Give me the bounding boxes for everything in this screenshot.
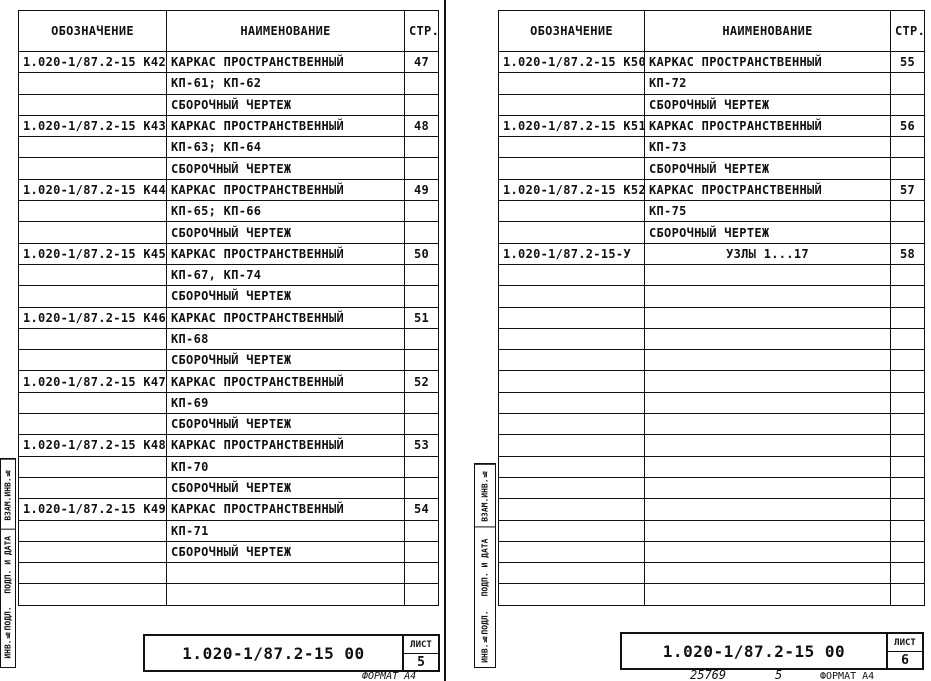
designation-cell: 1.020-1/87.2-15 К52 [499,179,645,200]
table-row [499,307,925,328]
table-row: СБОРОЧНЫЙ ЧЕРТЕЖ [19,477,439,498]
page-cell [891,137,925,158]
page-cell: 53 [405,435,439,456]
right-sheet: ОБОЗНАЧЕНИЕ НАИМЕНОВАНИЕ СТР. 1.020-1/87… [470,0,931,681]
page-cell [891,94,925,115]
table-row: КП-69 [19,392,439,413]
designation-cell [499,94,645,115]
name-cell: КАРКАС ПРОСТРАНСТВЕННЫЙ [167,243,405,264]
table-row: СБОРОЧНЫЙ ЧЕРТЕЖ [19,541,439,562]
name-cell: СБОРОЧНЫЙ ЧЕРТЕЖ [167,94,405,115]
stamp-field: ИНВ.№ПОДЛ. [475,607,495,667]
name-cell: КП-61; КП-62 [167,73,405,94]
format-text: ФОРМАТ А4 [362,671,416,681]
name-cell: КАРКАС ПРОСТРАНСТВЕННЫЙ [167,307,405,328]
page-cell [405,350,439,371]
designation-cell: 1.020-1/87.2-15 К48 [19,435,167,456]
name-cell [645,264,891,285]
table-row [19,584,439,605]
page-cell [405,477,439,498]
table-header: ОБОЗНАЧЕНИЕ НАИМЕНОВАНИЕ СТР. [499,11,925,52]
designation-cell [499,264,645,285]
designation-cell: 1.020-1/87.2-15 К47 [19,371,167,392]
name-cell [645,414,891,435]
designation-cell [19,456,167,477]
name-cell: КП-72 [645,73,891,94]
document-code: 1.020-1/87.2-15 00 [622,634,886,668]
designation-cell [19,392,167,413]
name-cell [645,435,891,456]
name-cell [645,307,891,328]
document-code: 1.020-1/87.2-15 00 [145,636,402,670]
page-cell [405,563,439,584]
archive-sheet: 5 [775,668,782,681]
name-cell [645,584,891,605]
header-name: НАИМЕНОВАНИЕ [167,11,405,52]
table-row: СБОРОЧНЫЙ ЧЕРТЕЖ [19,414,439,435]
sheet-label: ЛИСТ [888,634,922,652]
table-row [499,264,925,285]
stamp-field: ПОДП. И ДАТА [1,529,15,599]
table-row: 1.020-1/87.2-15 К50КАРКАС ПРОСТРАНСТВЕНН… [499,52,925,73]
designation-cell [19,222,167,243]
table-row [499,414,925,435]
table-row [499,563,925,584]
designation-cell [499,520,645,541]
designation-cell: 1.020-1/87.2-15-У [499,243,645,264]
table-row: КП-72 [499,73,925,94]
page-cell: 47 [405,52,439,73]
title-block: 1.020-1/87.2-15 00 ЛИСТ 6 [620,632,924,670]
table-row: 1.020-1/87.2-15 К44КАРКАС ПРОСТРАНСТВЕНН… [19,179,439,200]
page-cell [891,350,925,371]
table-row: 1.020-1/87.2-15 К49КАРКАС ПРОСТРАНСТВЕНН… [19,499,439,520]
name-cell: СБОРОЧНЫЙ ЧЕРТЕЖ [167,541,405,562]
name-cell: КП-73 [645,137,891,158]
page-cell [405,137,439,158]
designation-cell [19,350,167,371]
page-cell: 57 [891,179,925,200]
designation-cell [499,137,645,158]
page-cell [891,520,925,541]
designation-cell [499,456,645,477]
name-cell: СБОРОЧНЫЙ ЧЕРТЕЖ [645,222,891,243]
designation-cell [499,222,645,243]
table-row: 1.020-1/87.2-15 К45КАРКАС ПРОСТРАНСТВЕНН… [19,243,439,264]
table-row: КП-68 [19,328,439,349]
table-row: 1.020-1/87.2-15 К46КАРКАС ПРОСТРАНСТВЕНН… [19,307,439,328]
table-row: СБОРОЧНЫЙ ЧЕРТЕЖ [19,94,439,115]
stamp-field: ВЗАМ.ИНВ.№ [475,464,495,526]
name-cell: СБОРОЧНЫЙ ЧЕРТЕЖ [645,94,891,115]
table-row: КП-65; КП-66 [19,201,439,222]
designation-cell: 1.020-1/87.2-15 К45 [19,243,167,264]
table-row: СБОРОЧНЫЙ ЧЕРТЕЖ [19,222,439,243]
name-cell: СБОРОЧНЫЙ ЧЕРТЕЖ [167,158,405,179]
sheet-number: 5 [404,654,438,670]
table-row [499,286,925,307]
page-cell [891,264,925,285]
name-cell [645,392,891,413]
page-cell [891,286,925,307]
table-row [19,563,439,584]
table-row: СБОРОЧНЫЙ ЧЕРТЕЖ [19,158,439,179]
name-cell [645,371,891,392]
table-row [499,520,925,541]
designation-cell [499,541,645,562]
header-page: СТР. [405,11,439,52]
designation-cell [499,563,645,584]
designation-cell [19,73,167,94]
designation-cell [499,350,645,371]
page-cell [405,158,439,179]
name-cell: КП-63; КП-64 [167,137,405,158]
sheet-border [444,0,446,681]
table-row [499,435,925,456]
designation-cell [499,414,645,435]
name-cell [645,456,891,477]
page-cell [405,520,439,541]
page-cell [891,307,925,328]
designation-cell [499,499,645,520]
page-cell: 48 [405,115,439,136]
name-cell: КАРКАС ПРОСТРАНСТВЕННЫЙ [167,435,405,456]
designation-cell [19,286,167,307]
side-stamp: ВЗАМ.ИНВ.№ ПОДП. И ДАТА ИНВ.№ПОДЛ. [474,463,496,668]
designation-cell [19,94,167,115]
name-cell: СБОРОЧНЫЙ ЧЕРТЕЖ [167,286,405,307]
designation-cell [19,541,167,562]
name-cell [645,328,891,349]
page-cell [405,584,439,605]
name-cell: КП-70 [167,456,405,477]
table-row: 1.020-1/87.2-15 К52КАРКАС ПРОСТРАНСТВЕНН… [499,179,925,200]
page-cell: 49 [405,179,439,200]
page-cell [405,414,439,435]
stamp-field: ИНВ.№ПОДЛ. [1,598,15,667]
table-row: КП-63; КП-64 [19,137,439,158]
table-row: КП-73 [499,137,925,158]
name-cell: КП-65; КП-66 [167,201,405,222]
name-cell: КП-67, КП-74 [167,264,405,285]
designation-cell: 1.020-1/87.2-15 К50 [499,52,645,73]
table-row: 1.020-1/87.2-15 К47КАРКАС ПРОСТРАНСТВЕНН… [19,371,439,392]
table-row: 1.020-1/87.2-15 К43КАРКАС ПРОСТРАНСТВЕНН… [19,115,439,136]
name-cell [645,499,891,520]
designation-cell [499,477,645,498]
designation-cell [19,414,167,435]
archive-number: 25769 [690,668,726,681]
table-row [499,499,925,520]
page-cell [405,456,439,477]
name-cell [167,584,405,605]
page-cell [405,222,439,243]
designation-cell [499,201,645,222]
spec-table-right: ОБОЗНАЧЕНИЕ НАИМЕНОВАНИЕ СТР. 1.020-1/87… [498,10,925,606]
table-row [499,371,925,392]
side-stamp: ВЗАМ.ИНВ.№ ПОДП. И ДАТА ИНВ.№ПОДЛ. [0,458,16,668]
designation-cell: 1.020-1/87.2-15 К51 [499,115,645,136]
page-cell [891,371,925,392]
name-cell: КАРКАС ПРОСТРАНСТВЕННЫЙ [645,52,891,73]
page-cell [405,73,439,94]
page-cell: 55 [891,52,925,73]
page-cell [891,541,925,562]
sheet-number: 6 [888,652,922,668]
name-cell [645,563,891,584]
sheet-box: ЛИСТ 6 [886,634,922,668]
page-cell [891,201,925,222]
name-cell: КАРКАС ПРОСТРАНСТВЕННЫЙ [645,179,891,200]
header-designation: ОБОЗНАЧЕНИЕ [19,11,167,52]
designation-cell [499,435,645,456]
table-row: 1.020-1/87.2-15 К42КАРКАС ПРОСТРАНСТВЕНН… [19,52,439,73]
table-row [499,392,925,413]
name-cell: СБОРОЧНЫЙ ЧЕРТЕЖ [167,477,405,498]
table-row: КП-71 [19,520,439,541]
designation-cell [19,477,167,498]
format-text: ФОРМАТ А4 [820,671,874,681]
spec-table-left: ОБОЗНАЧЕНИЕ НАИМЕНОВАНИЕ СТР. 1.020-1/87… [18,10,439,606]
table-row: 1.020-1/87.2-15 К51КАРКАС ПРОСТРАНСТВЕНН… [499,115,925,136]
page-cell [891,584,925,605]
designation-cell: 1.020-1/87.2-15 К43 [19,115,167,136]
name-cell [645,477,891,498]
page-cell: 58 [891,243,925,264]
sheet-box: ЛИСТ 5 [402,636,438,670]
table-row: СБОРОЧНЫЙ ЧЕРТЕЖ [499,158,925,179]
name-cell: КАРКАС ПРОСТРАНСТВЕННЫЙ [167,499,405,520]
table-row: СБОРОЧНЫЙ ЧЕРТЕЖ [499,222,925,243]
page-cell [891,414,925,435]
page-cell [891,222,925,243]
page-cell: 52 [405,371,439,392]
table-row [499,328,925,349]
table-row [499,456,925,477]
header-designation: ОБОЗНАЧЕНИЕ [499,11,645,52]
designation-cell [19,137,167,158]
name-cell: КП-68 [167,328,405,349]
designation-cell [19,264,167,285]
page-cell [405,286,439,307]
page-cell: 54 [405,499,439,520]
stamp-field: ПОДП. И ДАТА [475,526,495,607]
designation-cell: 1.020-1/87.2-15 К42 [19,52,167,73]
name-cell [645,286,891,307]
page-cell [405,328,439,349]
page-cell: 56 [891,115,925,136]
designation-cell [19,563,167,584]
table-row: КП-61; КП-62 [19,73,439,94]
table-row [499,477,925,498]
designation-cell [499,286,645,307]
stamp-field: ВЗАМ.ИНВ.№ [1,459,15,529]
table-row [499,350,925,371]
designation-cell [499,392,645,413]
designation-cell [19,584,167,605]
name-cell [645,541,891,562]
name-cell: КАРКАС ПРОСТРАНСТВЕННЫЙ [167,179,405,200]
name-cell [645,350,891,371]
table-row [499,584,925,605]
table-header: ОБОЗНАЧЕНИЕ НАИМЕНОВАНИЕ СТР. [19,11,439,52]
page-cell [405,94,439,115]
name-cell: СБОРОЧНЫЙ ЧЕРТЕЖ [167,350,405,371]
designation-cell [499,307,645,328]
page-cell [405,201,439,222]
designation-cell [19,201,167,222]
name-cell: СБОРОЧНЫЙ ЧЕРТЕЖ [167,414,405,435]
page-cell: 50 [405,243,439,264]
page-cell [891,158,925,179]
page-cell [891,328,925,349]
sheet-label: ЛИСТ [404,636,438,654]
designation-cell [19,158,167,179]
table-row: СБОРОЧНЫЙ ЧЕРТЕЖ [499,94,925,115]
name-cell: УЗЛЫ 1...17 [645,243,891,264]
name-cell: СБОРОЧНЫЙ ЧЕРТЕЖ [167,222,405,243]
page-cell [405,541,439,562]
header-page: СТР. [891,11,925,52]
page-cell [405,264,439,285]
table-row: СБОРОЧНЫЙ ЧЕРТЕЖ [19,350,439,371]
page-cell [891,499,925,520]
designation-cell [19,520,167,541]
page-cell [891,563,925,584]
name-cell: СБОРОЧНЫЙ ЧЕРТЕЖ [645,158,891,179]
page-cell [891,477,925,498]
name-cell: КП-71 [167,520,405,541]
name-cell: КАРКАС ПРОСТРАНСТВЕННЫЙ [645,115,891,136]
designation-cell: 1.020-1/87.2-15 К46 [19,307,167,328]
designation-cell [499,158,645,179]
page-cell: 51 [405,307,439,328]
header-name: НАИМЕНОВАНИЕ [645,11,891,52]
table-row: КП-67, КП-74 [19,264,439,285]
page-cell [405,392,439,413]
table-row: 1.020-1/87.2-15 К48КАРКАС ПРОСТРАНСТВЕНН… [19,435,439,456]
page-cell [891,392,925,413]
name-cell: КП-75 [645,201,891,222]
name-cell [167,563,405,584]
name-cell: КАРКАС ПРОСТРАНСТВЕННЫЙ [167,371,405,392]
title-block: 1.020-1/87.2-15 00 ЛИСТ 5 [143,634,440,672]
name-cell [645,520,891,541]
designation-cell [19,328,167,349]
designation-cell [499,73,645,94]
designation-cell [499,584,645,605]
designation-cell [499,371,645,392]
name-cell: КАРКАС ПРОСТРАНСТВЕННЫЙ [167,52,405,73]
table-row: СБОРОЧНЫЙ ЧЕРТЕЖ [19,286,439,307]
name-cell: КП-69 [167,392,405,413]
table-row: КП-75 [499,201,925,222]
name-cell: КАРКАС ПРОСТРАНСТВЕННЫЙ [167,115,405,136]
table-row [499,541,925,562]
designation-cell [499,328,645,349]
table-row: КП-70 [19,456,439,477]
page-cell [891,435,925,456]
page-cell [891,73,925,94]
page-cell [891,456,925,477]
left-sheet: ОБОЗНАЧЕНИЕ НАИМЕНОВАНИЕ СТР. 1.020-1/87… [0,0,450,681]
designation-cell: 1.020-1/87.2-15 К44 [19,179,167,200]
table-row: 1.020-1/87.2-15-УУЗЛЫ 1...1758 [499,243,925,264]
designation-cell: 1.020-1/87.2-15 К49 [19,499,167,520]
